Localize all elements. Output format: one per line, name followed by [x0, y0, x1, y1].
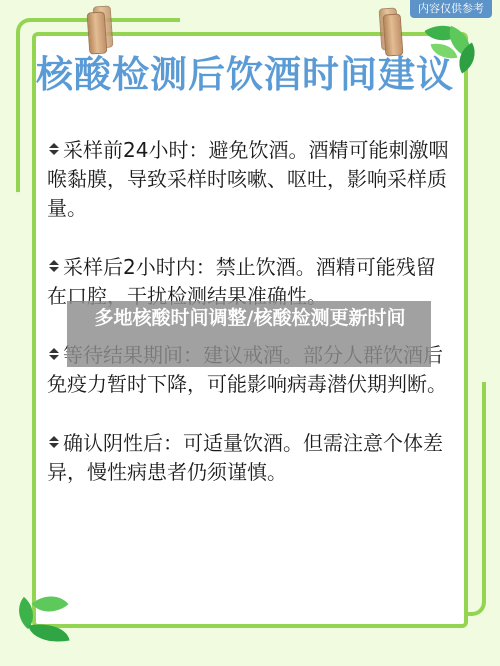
item-text: 确认阴性后：可适量饮酒。但需注意个体差异，慢性病患者仍须谨慎。	[47, 431, 443, 484]
diamond-bullet-icon	[47, 143, 60, 156]
diamond-bullet-icon	[47, 436, 60, 449]
page-title: 核酸检测后饮酒时间建议	[36, 44, 466, 98]
item-text: 采样前24小时：避免饮酒。酒精可能刺激咽喉黏膜，导致采样时咳嗽、呕吐，影响采样质…	[47, 138, 448, 220]
list-item: 确认阴性后：可适量饮酒。但需注意个体差异，慢性病患者仍须谨慎。	[47, 429, 455, 487]
disclaimer-badge: 内容仅供参考	[410, 0, 492, 18]
caption-text: 多地核酸时间调整/核酸检测更新时间	[80, 306, 420, 330]
diamond-bullet-icon	[47, 260, 60, 273]
list-item: 采样前24小时：避免饮酒。酒精可能刺激咽喉黏膜，导致采样时咳嗽、呕吐，影响采样质…	[47, 136, 455, 223]
diamond-bullet-icon	[47, 348, 60, 361]
